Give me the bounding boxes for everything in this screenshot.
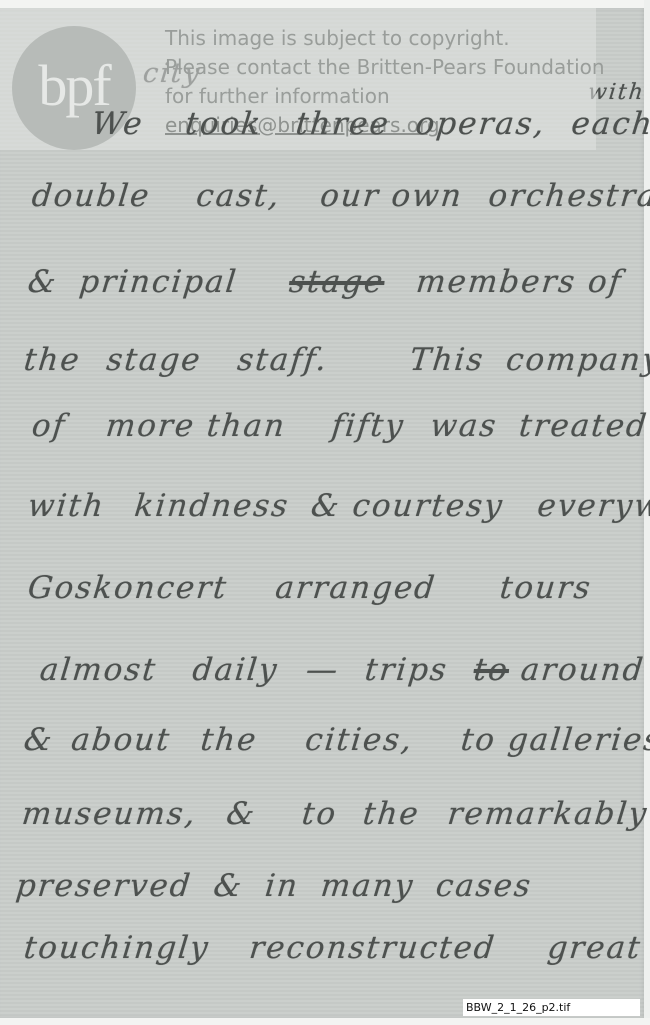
handwriting-line: of more than fifty was treated [30,408,650,444]
handwriting-line: museums, & to the remarkably [20,796,650,832]
handwriting-line: with kindness & courtesy everywhere. [26,488,650,524]
handwriting-line: & principal stage members of [26,264,624,300]
handwriting-line: preserved & in many cases [14,868,534,904]
handwriting-line: & about the cities, to galleries [22,722,650,758]
handwriting-line: double cast, our own orchestra [30,178,650,214]
handwriting-line: the stage staff. This company [22,342,650,378]
filename-caption: BBW_2_1_26_p2.tif [463,999,640,1016]
handwriting-line: Goskoncert arranged tours [26,570,594,606]
watermark-line: This image is subject to copyright. [165,24,605,53]
handwriting-line: We took three operas, each a [90,106,650,142]
handwriting-line: touchingly reconstructed great [22,930,643,966]
page-edge-bottom [0,1018,650,1025]
struck-word: stage [287,264,386,300]
watermark-line: Please contact the Britten-Pears Foundat… [165,53,605,82]
handwriting-line: almost daily — trips to around [38,652,646,688]
struck-word: to [472,652,511,688]
